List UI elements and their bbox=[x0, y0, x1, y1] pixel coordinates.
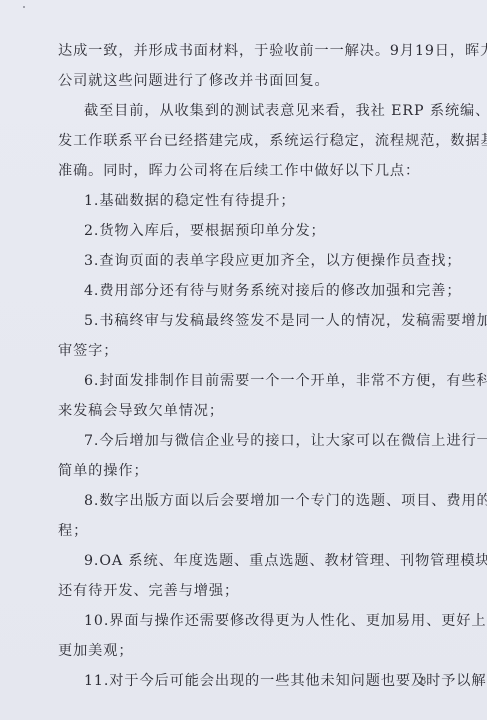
list-item-7-continued: 简单的操作； bbox=[58, 456, 430, 486]
list-item-10: 10.界面与操作还需要修改得更为人性化、更加易用、更好上手、 bbox=[58, 606, 430, 636]
list-item-5-continued: 审签字； bbox=[58, 336, 430, 366]
text-line: 达成一致，并形成书面材料，于验收前一一解决。9月19日，晖力 bbox=[58, 36, 430, 66]
list-item-8-continued: 程； bbox=[58, 516, 430, 546]
list-item-2: 2.货物入库后，要根据预印单分发； bbox=[58, 216, 430, 246]
list-item-5: 5.书稿终审与发稿最终签发不是同一人的情况，发稿需要增加终 bbox=[58, 306, 430, 336]
list-item-9: 9.OA 系统、年度选题、重点选题、教材管理、刊物管理模块等 bbox=[58, 546, 430, 576]
list-item-4: 4.费用部分还有待与财务系统对接后的修改加强和完善； bbox=[58, 276, 430, 306]
text-line: 准确。同时，晖力公司将在后续工作中做好以下几点： bbox=[58, 156, 430, 186]
list-item-6: 6.封面发排制作目前需要一个一个开单，非常不方便，有些科目 bbox=[58, 366, 430, 396]
list-item-11: 11.对于今后可能会出现的一些其他未知问题也要及时予以解 bbox=[58, 666, 430, 696]
page-number: 8 bbox=[420, 676, 426, 687]
text-line: 发工作联系平台已经搭建完成，系统运行稳定，流程规范，数据基本 bbox=[58, 126, 430, 156]
list-item-9-continued: 还有待开发、完善与增强； bbox=[58, 576, 430, 606]
list-item-6-continued: 来发稿会导致欠单情况； bbox=[58, 396, 430, 426]
document-body: 达成一致，并形成书面材料，于验收前一一解决。9月19日，晖力 公司就这些问题进行… bbox=[58, 36, 430, 696]
scanned-page: 达成一致，并形成书面材料，于验收前一一解决。9月19日，晖力 公司就这些问题进行… bbox=[0, 0, 487, 720]
paragraph-start-line: 截至目前，从收集到的测试表意见来看，我社 ERP 系统编、印、 bbox=[58, 96, 430, 126]
list-item-7: 7.今后增加与微信企业号的接口，让大家可以在微信上进行一些 bbox=[58, 426, 430, 456]
list-item-3: 3.查询页面的表单字段应更加齐全，以方便操作员查找； bbox=[58, 246, 430, 276]
text-line: 公司就这些问题进行了修改并书面回复。 bbox=[58, 66, 430, 96]
scan-artifact-dot bbox=[23, 6, 25, 8]
list-item-8: 8.数字出版方面以后会要增加一个专门的选题、项目、费用的流 bbox=[58, 486, 430, 516]
list-item-10-continued: 更加美观； bbox=[58, 636, 430, 666]
list-item-1: 1.基础数据的稳定性有待提升； bbox=[58, 186, 430, 216]
